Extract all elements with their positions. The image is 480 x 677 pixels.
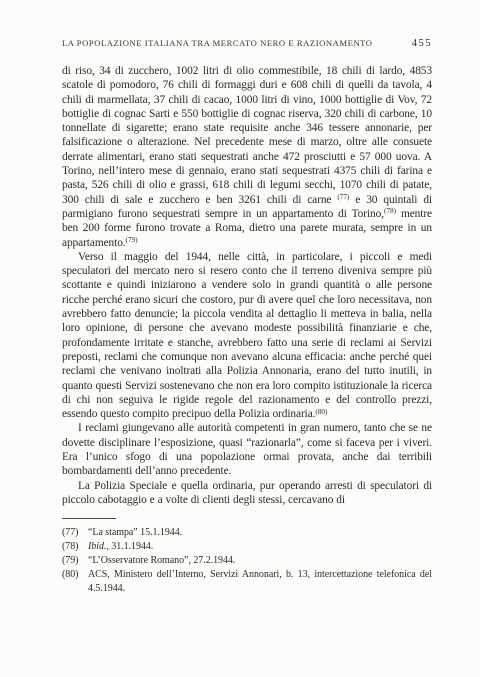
text-run: I reclami giungevano alle autorità compe… (62, 422, 432, 477)
footnote-item: (79)“L’Osservatore Romano”, 27.2.1944. (62, 554, 432, 568)
text-run: ACS, Ministero dell’Interno, Servizi Ann… (88, 569, 432, 594)
footnote-separator (62, 518, 116, 519)
paragraph: La Polizia Speciale e quella ordinaria, … (62, 479, 432, 508)
footnote-number: (78) (62, 540, 78, 554)
footnote-ref: (80) (315, 408, 327, 416)
text-run: , 31.1.1944. (106, 541, 153, 552)
paragraph: I reclami giungevano alle autorità compe… (62, 421, 432, 478)
footnote-number: (79) (62, 554, 78, 568)
text-run: “La stampa” 15.1.1944. (88, 527, 182, 538)
footnote-ref: (78) (384, 207, 396, 215)
running-head-title: LA POPOLAZIONE ITALIANA TRA MERCATO NERO… (62, 38, 373, 48)
footnotes-list: (77)“La stampa” 15.1.1944.(78)Ibid., 31.… (62, 526, 432, 595)
footnote-text: Ibid., 31.1.1944. (88, 541, 153, 552)
text-run: di riso, 34 di zucchero, 1002 litri di o… (62, 65, 432, 206)
text-run: Verso il maggio del 1944, nelle città, i… (62, 251, 432, 420)
footnote-item: (78)Ibid., 31.1.1944. (62, 540, 432, 554)
footnote-ref: (77) (337, 193, 349, 201)
italic-text: Ibid. (88, 541, 106, 552)
page-header: LA POPOLAZIONE ITALIANA TRA MERCATO NERO… (62, 38, 432, 49)
footnote-text: ACS, Ministero dell’Interno, Servizi Ann… (88, 569, 432, 594)
footnote-number: (80) (62, 568, 78, 582)
page-number: 455 (412, 38, 432, 49)
text-run: La Polizia Speciale e quella ordinaria, … (62, 480, 432, 506)
book-page: LA POPOLAZIONE ITALIANA TRA MERCATO NERO… (0, 0, 480, 677)
footnote-item: (77)“La stampa” 15.1.1944. (62, 526, 432, 540)
footnote-number: (77) (62, 526, 78, 540)
footnote-ref: (79) (126, 236, 138, 244)
text-run: “L’Osservatore Romano”, 27.2.1944. (88, 555, 235, 566)
body-text: di riso, 34 di zucchero, 1002 litri di o… (62, 64, 432, 507)
footnote-text: “La stampa” 15.1.1944. (88, 527, 182, 538)
footnote-text: “L’Osservatore Romano”, 27.2.1944. (88, 555, 235, 566)
footnote-item: (80)ACS, Ministero dell’Interno, Servizi… (62, 568, 432, 595)
paragraph: di riso, 34 di zucchero, 1002 litri di o… (62, 64, 432, 250)
paragraph: Verso il maggio del 1944, nelle città, i… (62, 250, 432, 422)
